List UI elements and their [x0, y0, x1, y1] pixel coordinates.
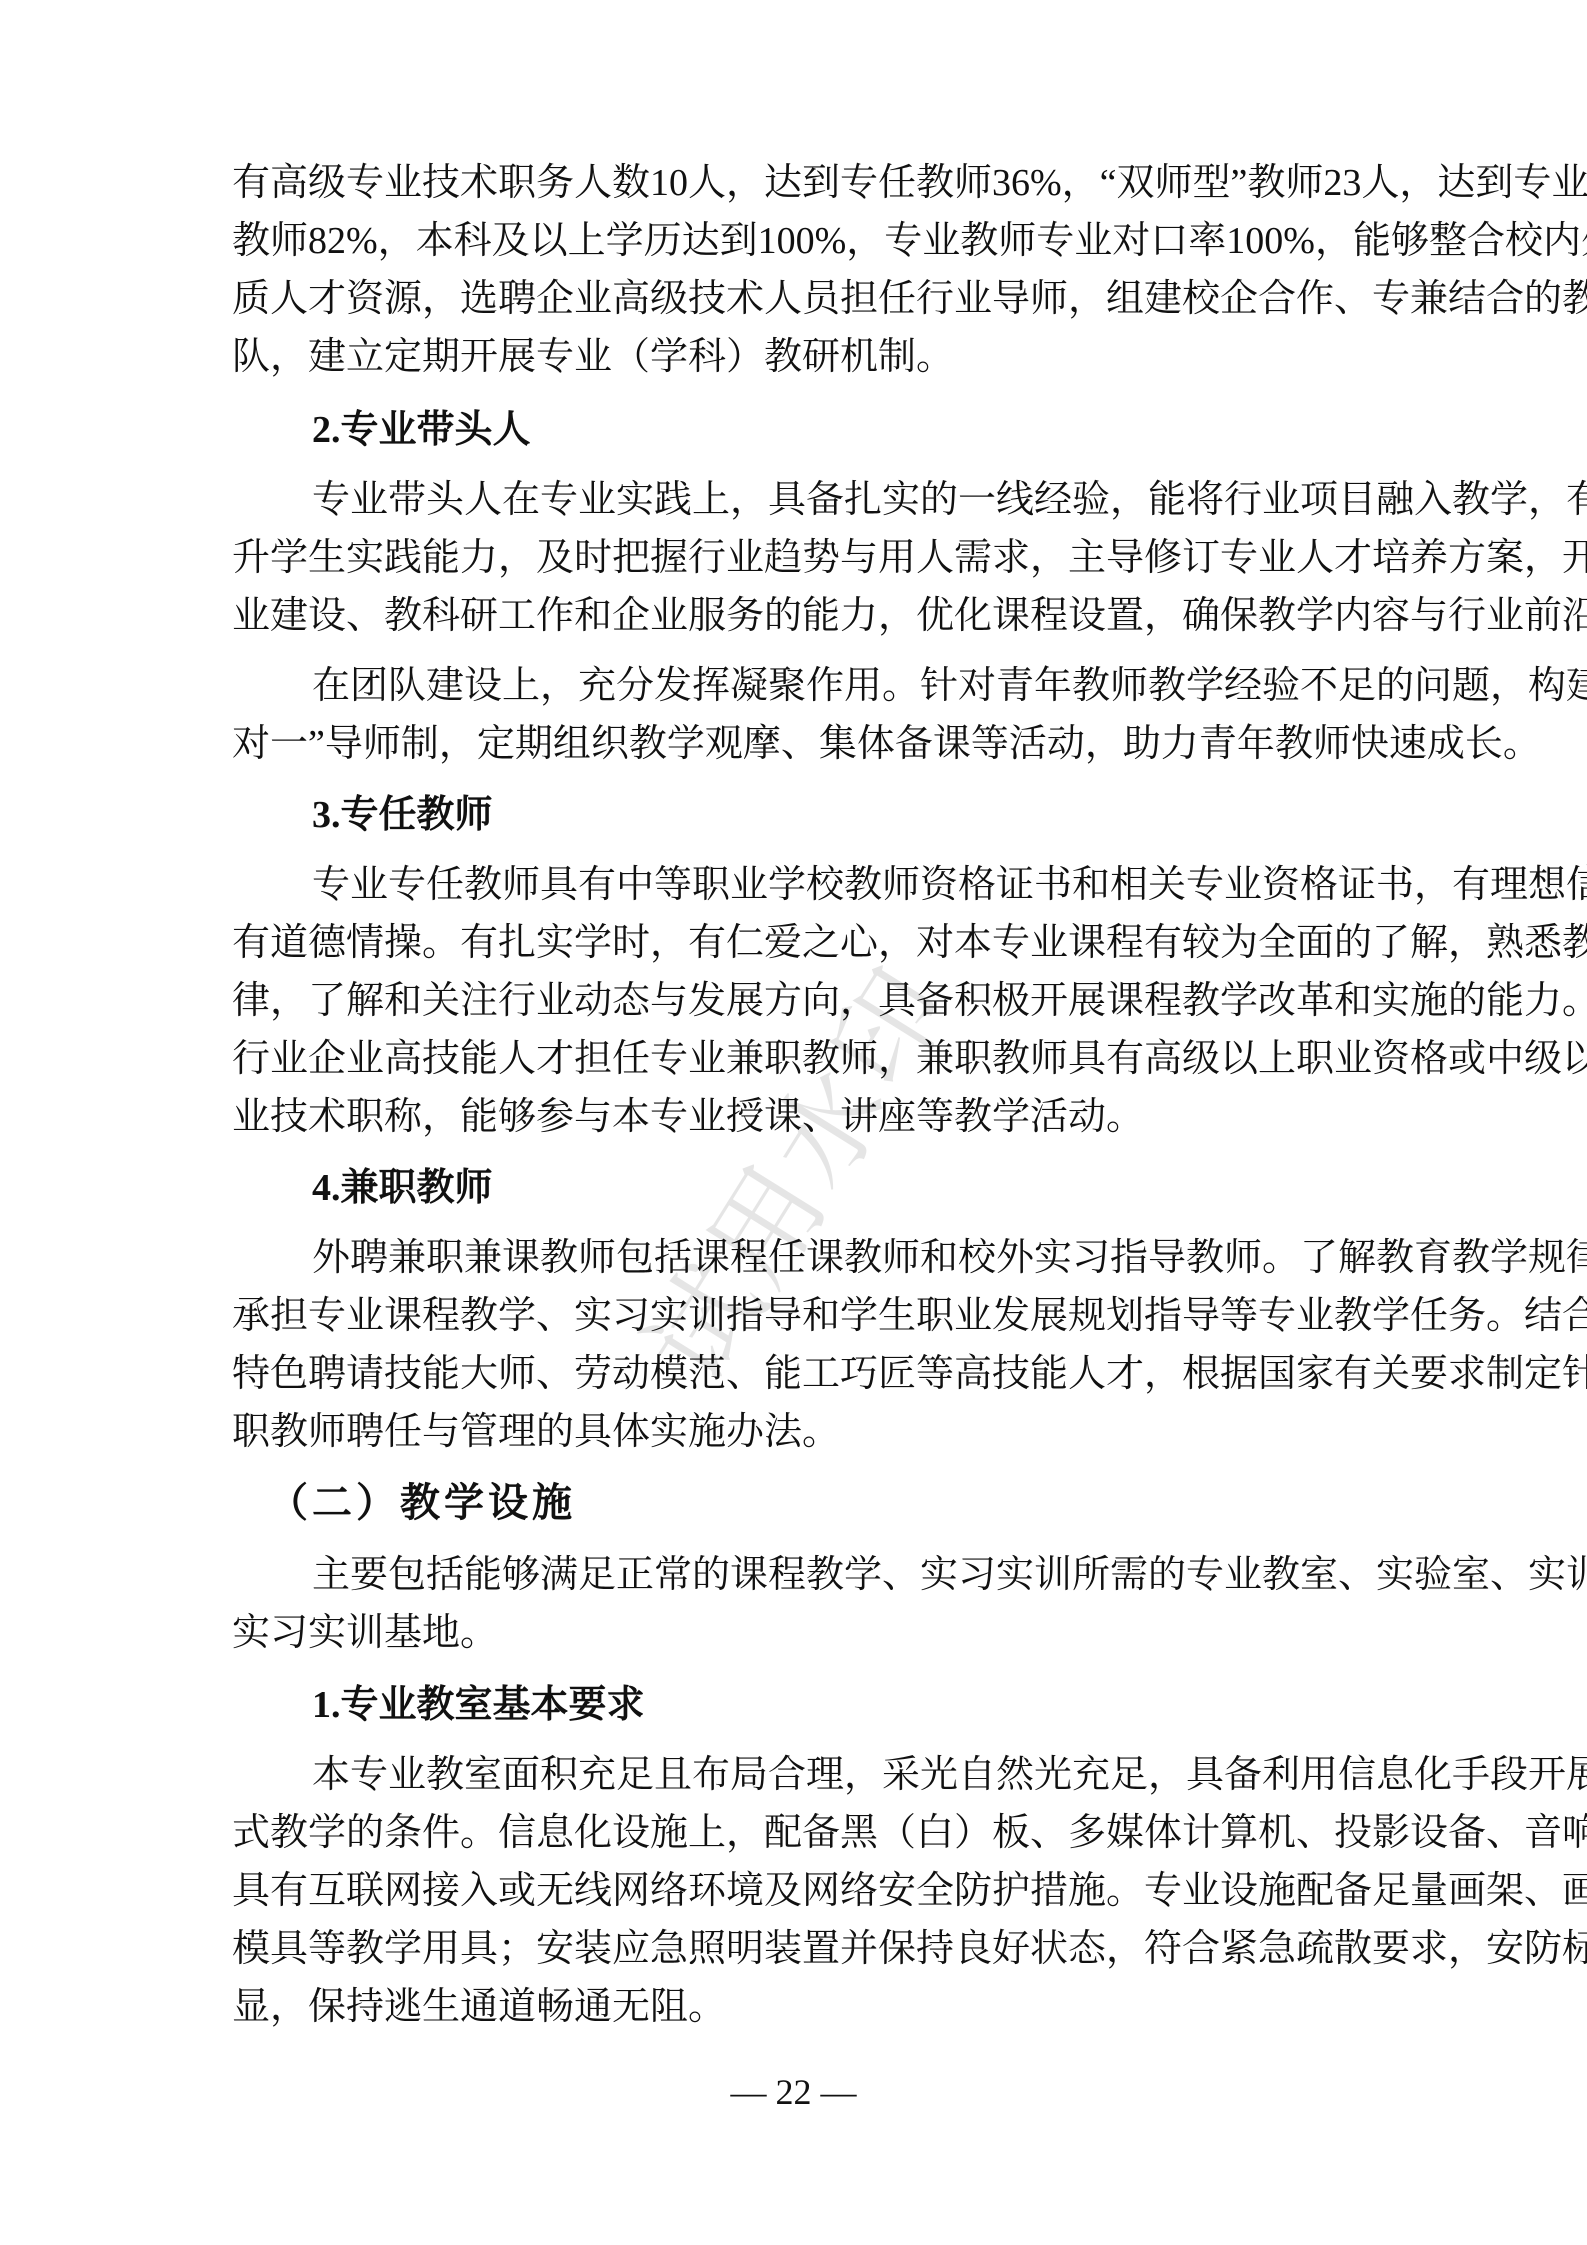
paragraph-line: 专业带头人在专业实践上，具备扎实的一线经验，能将行业项目融入教学，有效提	[312, 477, 1435, 523]
paragraph-line: 质人才资源，选聘企业高级技术人员担任行业导师，组建校企合作、专兼结合的教师团	[232, 276, 1435, 322]
document-page: 有高级专业技术职务人数10人，达到专任教师36%，“双师型”教师23人，达到专业…	[0, 0, 1587, 2245]
paragraph-line: 本专业教室面积充足且布局合理，采光自然光充足，具备利用信息化手段开展混合	[312, 1752, 1435, 1798]
paragraph-line: 模具等教学用具；安装应急照明装置并保持良好状态，符合紧急疏散要求，安防标志明	[232, 1926, 1435, 1972]
section-heading-teaching-facilities: （二）教学设施	[268, 1480, 576, 1526]
paragraph-line: 升学生实践能力，及时把握行业趋势与用人需求，主导修订专业人才培养方案，开展专	[232, 535, 1435, 581]
paragraph-line: 式教学的条件。信息化设施上，配备黑（白）板、多媒体计算机、投影设备、音响设备，	[232, 1810, 1435, 1856]
section-heading-fulltime-teachers: 3.专任教师	[312, 792, 493, 838]
paragraph-line: 行业企业高技能人才担任专业兼职教师，兼职教师具有高级以上职业资格或中级以上专	[232, 1036, 1435, 1082]
paragraph-line: 律，了解和关注行业动态与发展方向，具备积极开展课程教学改革和实施的能力。聘请	[232, 978, 1435, 1024]
paragraph-line: 队，建立定期开展专业（学科）教研机制。	[232, 334, 1435, 380]
paragraph-line: 业技术职称，能够参与本专业授课、讲座等教学活动。	[232, 1094, 1435, 1140]
paragraph-line: 承担专业课程教学、实习实训指导和学生职业发展规划指导等专业教学任务。结合专业	[232, 1293, 1435, 1339]
paragraph-line: 具有互联网接入或无线网络环境及网络安全防护措施。专业设施配备足量画架、画板、	[232, 1868, 1435, 1914]
paragraph-line: 职教师聘任与管理的具体实施办法。	[232, 1409, 1435, 1455]
paragraph-line: 有道德情操。有扎实学时，有仁爱之心，对本专业课程有较为全面的了解，熟悉教学规	[232, 920, 1435, 966]
paragraph-line: 主要包括能够满足正常的课程教学、实习实训所需的专业教室、实验室、实训室和	[312, 1552, 1435, 1598]
section-heading-parttime-teachers: 4.兼职教师	[312, 1165, 493, 1211]
paragraph-line: 业建设、教科研工作和企业服务的能力，优化课程设置，确保教学内容与行业前沿接轨。	[232, 593, 1435, 639]
paragraph-line: 专业专任教师具有中等职业学校教师资格证书和相关专业资格证书，有理想信念，	[312, 862, 1435, 908]
paragraph-line: 特色聘请技能大师、劳动模范、能工巧匠等高技能人才，根据国家有关要求制定针对兼	[232, 1351, 1435, 1397]
paragraph-line: 外聘兼职兼课教师包括课程任课教师和校外实习指导教师。了解教育教学规律，能	[312, 1235, 1435, 1281]
paragraph-line: 教师82%，本科及以上学历达到100%，专业教师专业对口率100%，能够整合校内…	[232, 218, 1435, 264]
section-heading-lead-teacher: 2.专业带头人	[312, 407, 531, 453]
paragraph-line: 显，保持逃生通道畅通无阻。	[232, 1984, 1435, 2030]
paragraph-line: 在团队建设上，充分发挥凝聚作用。针对青年教师教学经验不足的问题，构建“一	[312, 663, 1435, 709]
paragraph-line: 对一”导师制，定期组织教学观摩、集体备课等活动，助力青年教师快速成长。	[232, 721, 1435, 767]
paragraph-line: 实习实训基地。	[232, 1610, 1435, 1656]
paragraph-line: 有高级专业技术职务人数10人，达到专任教师36%，“双师型”教师23人，达到专业…	[232, 160, 1435, 206]
section-heading-classroom-requirements: 1.专业教室基本要求	[312, 1682, 645, 1728]
page-number: — 22 —	[0, 2072, 1587, 2112]
